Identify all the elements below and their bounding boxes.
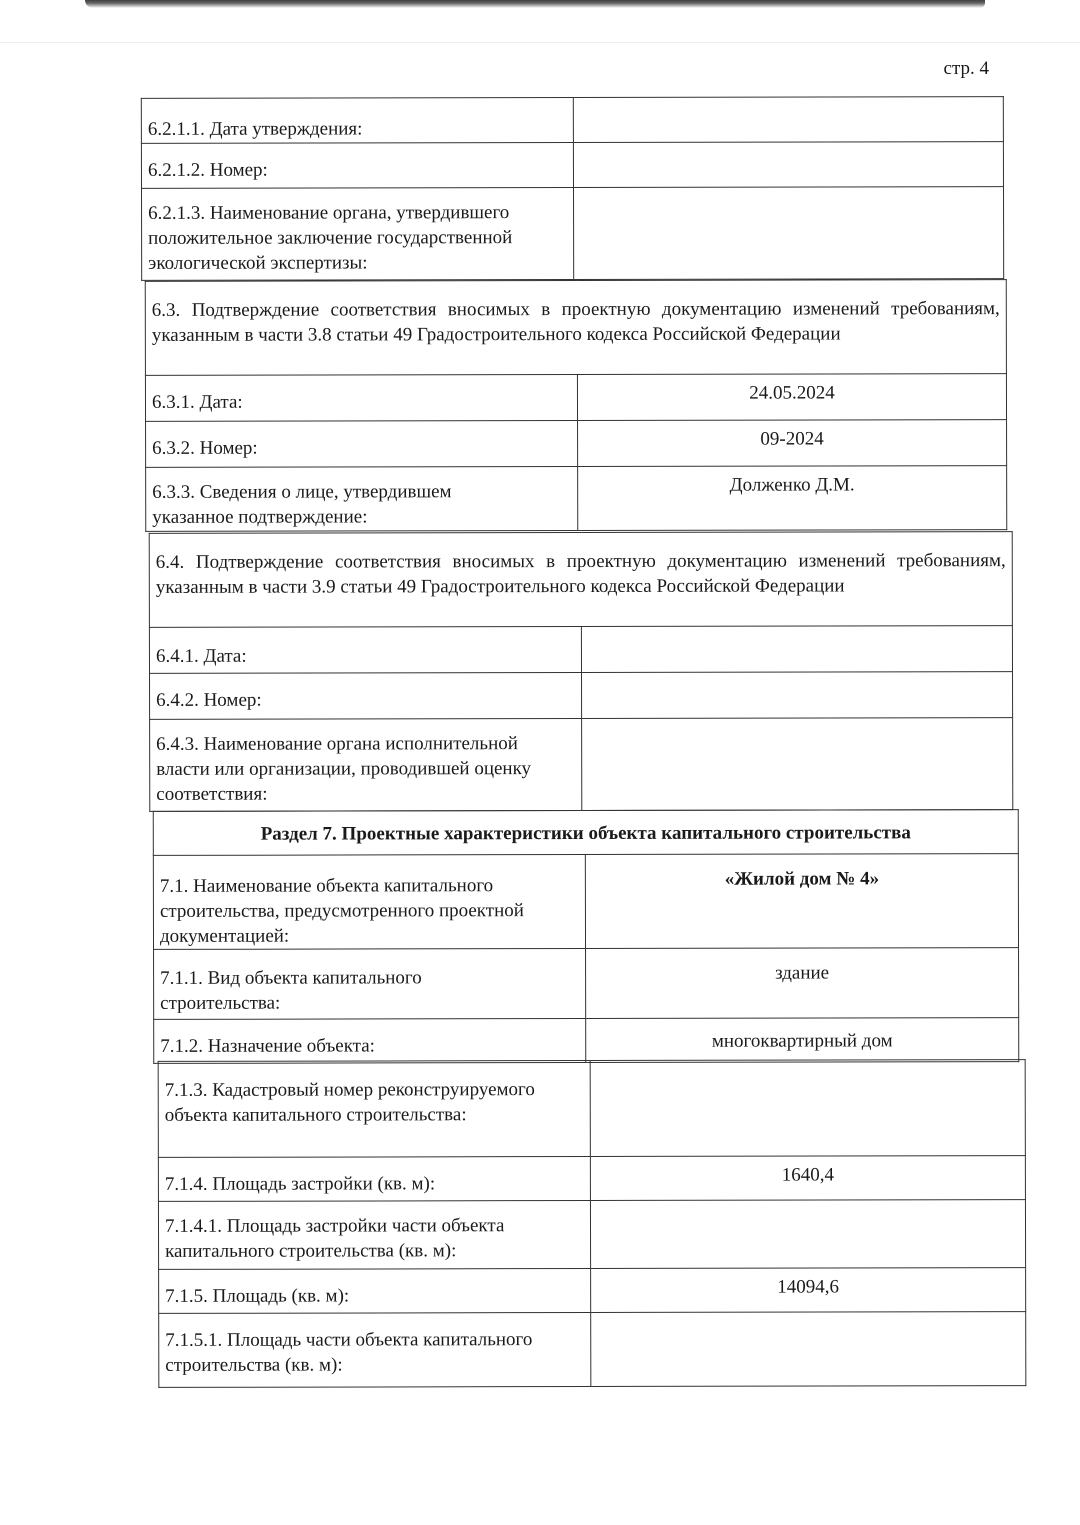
page-number: стр. 4 [944, 58, 989, 80]
row-label: 7.1.1. Вид объекта капитального строител… [154, 949, 586, 1020]
row-value [591, 1312, 1026, 1387]
row-label: 6.4.3. Наименование органа исполнительно… [150, 718, 582, 811]
section-heading-6-3: 6.3. Подтверждение соответствия вносимых… [145, 280, 1006, 376]
table-row: Раздел 7. Проектные характеристики объек… [153, 810, 1018, 856]
row-label: 7.1. Наименование объекта капитального с… [153, 855, 585, 950]
row-value [590, 1200, 1025, 1269]
table-row: 6.3.1. Дата: 24.05.2024 [145, 374, 1006, 422]
row-value [573, 187, 1003, 280]
table-row: 7.1.4.1. Площадь застройки части объекта… [158, 1200, 1025, 1270]
scan-artifact-line [0, 42, 1080, 43]
row-label: 6.2.1.3. Наименование органа, утвердивше… [141, 187, 573, 280]
table-section-7-continued: 7.1.3. Кадастровый номер реконструируемо… [158, 1059, 1027, 1388]
table-row: 6.3.2. Номер: 09-2024 [146, 420, 1007, 468]
table-row: 7.1.2. Назначение объекта: многоквартирн… [154, 1018, 1019, 1064]
table-row: 6.2.1.1. Дата утверждения: [141, 97, 1003, 144]
row-label: 7.1.2. Назначение объекта: [154, 1019, 586, 1064]
row-value: Долженко Д.М. [578, 466, 1007, 531]
row-value: 09-2024 [578, 420, 1007, 467]
row-value [582, 718, 1013, 811]
row-value [590, 1060, 1025, 1157]
row-label: 7.1.5.1. Площадь части объекта капитальн… [159, 1313, 591, 1388]
table-row: 7.1.1. Вид объекта капитального строител… [154, 948, 1019, 1020]
table-row: 6.3. Подтверждение соответствия вносимых… [145, 280, 1006, 376]
table-6-3: 6.3. Подтверждение соответствия вносимых… [145, 279, 1008, 532]
row-value: 14094,6 [591, 1268, 1026, 1313]
row-label: 7.1.3. Кадастровый номер реконструируемо… [158, 1061, 590, 1158]
table-row: 7.1.5. Площадь (кв. м): 14094,6 [159, 1268, 1026, 1314]
row-label: 6.2.1.2. Номер: [141, 142, 573, 188]
table-6-4: 6.4. Подтверждение соответствия вносимых… [149, 531, 1014, 812]
row-label: 7.1.5. Площадь (кв. м): [159, 1269, 591, 1314]
row-value [573, 97, 1003, 143]
row-value: 1640,4 [590, 1156, 1025, 1201]
table-row: 7.1.3. Кадастровый номер реконструируемо… [158, 1060, 1025, 1158]
table-row: 7.1.5.1. Площадь части объекта капитальн… [159, 1312, 1026, 1388]
table-row: 6.4. Подтверждение соответствия вносимых… [149, 532, 1012, 628]
object-name-value: «Жилой дом № 4» [585, 854, 1018, 949]
table-row: 6.3.3. Сведения о лице, утвердившем указ… [146, 466, 1007, 532]
row-label: 7.1.4. Площадь застройки (кв. м): [158, 1157, 590, 1202]
table-row: 6.2.1.3. Наименование органа, утвердивше… [141, 187, 1003, 281]
section-7-title: Раздел 7. Проектные характеристики объек… [153, 810, 1018, 856]
row-value: 24.05.2024 [577, 374, 1006, 421]
row-label: 7.1.4.1. Площадь застройки части объекта… [158, 1201, 590, 1270]
row-value [582, 672, 1013, 719]
row-label: 6.4.2. Номер: [150, 672, 582, 719]
row-label: 6.4.1. Дата: [149, 626, 581, 673]
scan-shadow-edge [85, 0, 985, 8]
table-6-2-1: 6.2.1.1. Дата утверждения: 6.2.1.2. Номе… [141, 96, 1004, 281]
row-value: здание [586, 948, 1019, 1019]
section-heading-6-4: 6.4. Подтверждение соответствия вносимых… [149, 532, 1012, 628]
row-value [573, 142, 1003, 188]
table-row: 7.1. Наименование объекта капитального с… [153, 854, 1018, 950]
table-row: 6.4.2. Номер: [150, 672, 1013, 720]
table-row: 6.2.1.2. Номер: [141, 142, 1003, 189]
row-label: 6.3.2. Номер: [146, 420, 578, 467]
row-label: 6.3.1. Дата: [145, 374, 577, 421]
row-value [581, 626, 1012, 673]
row-value: многоквартирный дом [586, 1018, 1019, 1063]
table-row: 6.4.3. Наименование органа исполнительно… [150, 718, 1013, 812]
row-label: 6.3.3. Сведения о лице, утвердившем указ… [146, 466, 578, 531]
table-row: 6.4.1. Дата: [149, 626, 1012, 674]
table-section-7: Раздел 7. Проектные характеристики объек… [153, 809, 1020, 1064]
table-row: 7.1.4. Площадь застройки (кв. м): 1640,4 [158, 1156, 1025, 1202]
row-label: 6.2.1.1. Дата утверждения: [141, 97, 573, 143]
